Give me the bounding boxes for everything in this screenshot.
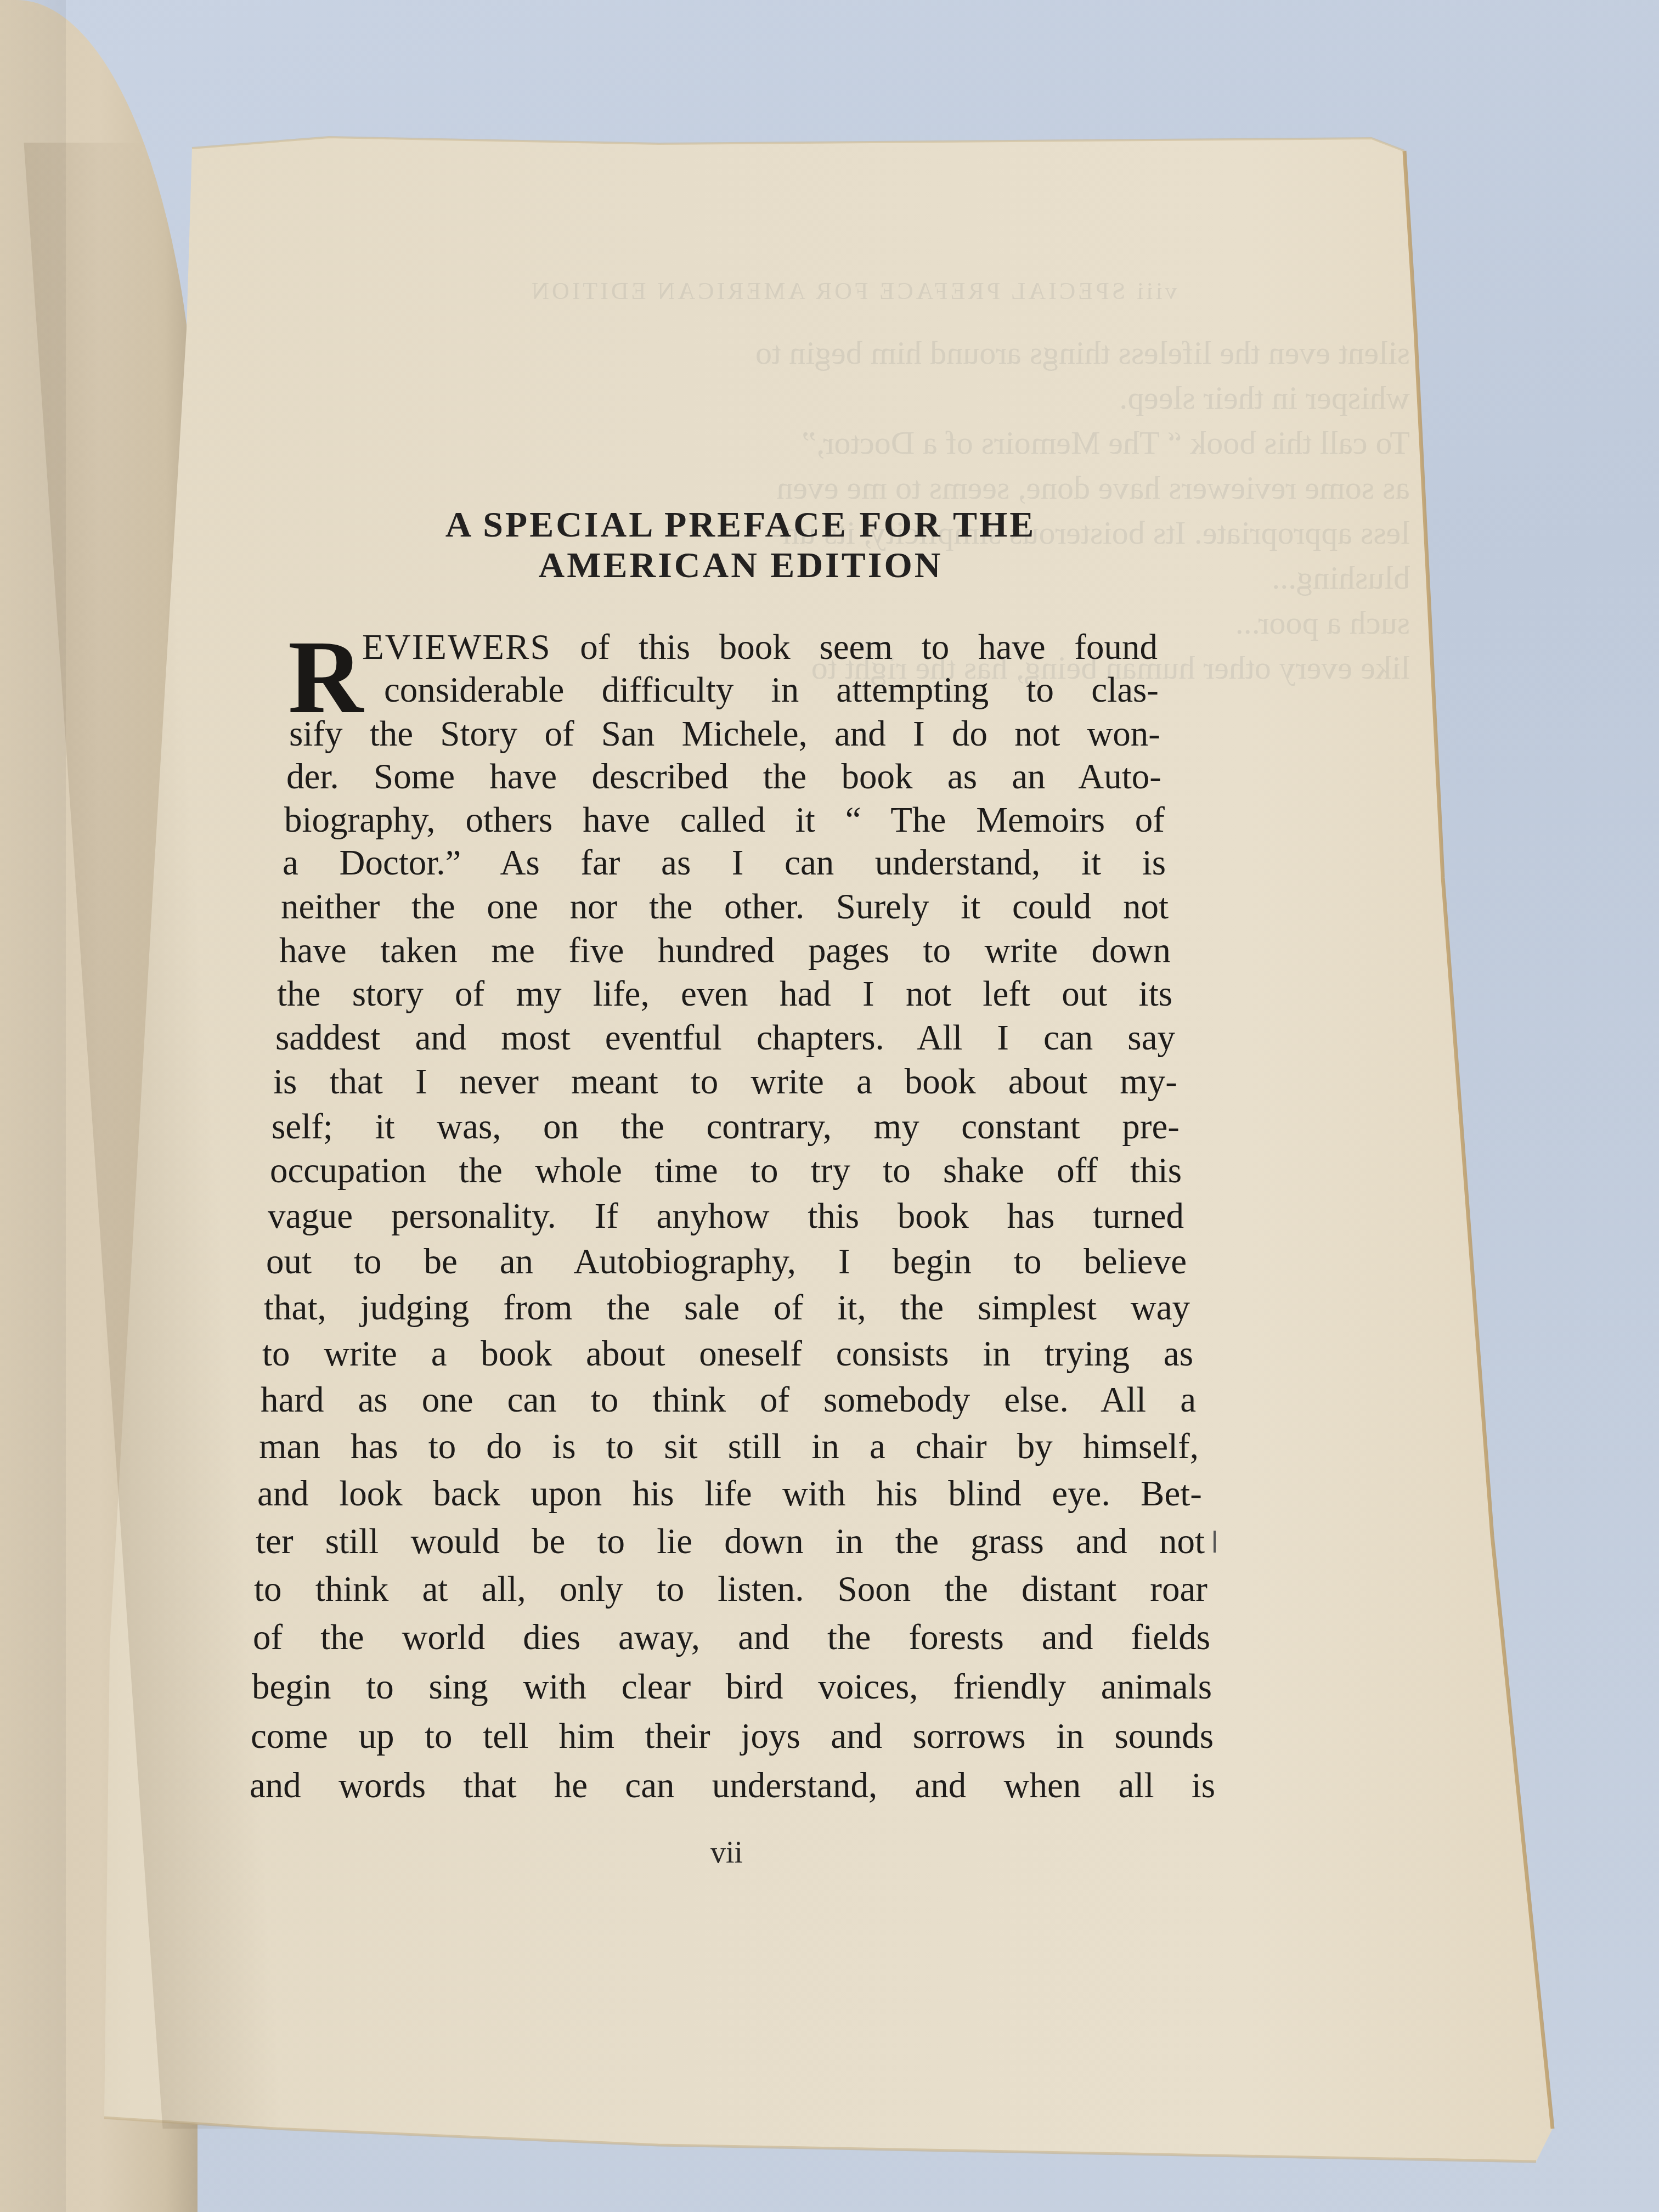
text-line: der. Some have described the book as an … (286, 755, 1161, 799)
text-line: that, judging from the sale of it, the s… (264, 1286, 1190, 1330)
text-line: have taken me five hundred pages to writ… (279, 929, 1171, 973)
text-line: is that I never meant to write a book ab… (273, 1060, 1177, 1104)
text-line: a Doctor.” As far as I can understand, i… (283, 841, 1166, 885)
text-line: and look back upon his life with his bli… (257, 1472, 1202, 1516)
text-line: occupation the whole time to try to shak… (270, 1149, 1182, 1193)
text-line: ter still would be to lie down in the gr… (256, 1520, 1205, 1564)
page-content: A SPECIAL PREFACE FOR THE AMERICAN EDITI… (0, 0, 1659, 2212)
text-line: hard as one can to think of somebody els… (261, 1378, 1196, 1422)
text-line: come up to tell him their joys and sorro… (251, 1714, 1214, 1758)
text-line: man has to do is to sit still in a chair… (259, 1425, 1199, 1469)
text-line: of the world dies away, and the forests … (253, 1616, 1210, 1660)
first-word: EVIEWERS (362, 628, 551, 667)
first-line-rest: of this book seem to have found (551, 628, 1158, 667)
text-line: to write a book about oneself consists i… (262, 1332, 1193, 1376)
margin-mark (1214, 1531, 1216, 1553)
chapter-title: A SPECIAL PREFACE FOR THE AMERICAN EDITI… (329, 505, 1152, 586)
page-number: vii (710, 1835, 743, 1870)
text-line-1: EVIEWERS of this book seem to have found (362, 625, 1158, 669)
text-line: neither the one nor the other. Surely it… (281, 885, 1169, 929)
text-line: biography, others have called it “ The M… (284, 798, 1165, 842)
text-line: sify the Story of San Michele, and I do … (289, 712, 1160, 756)
text-line: to think at all, only to listen. Soon th… (254, 1567, 1207, 1611)
text-line: saddest and most eventful chapters. All … (275, 1016, 1175, 1060)
title-line-1: A SPECIAL PREFACE FOR THE (329, 505, 1152, 545)
text-line: out to be an Autobiography, I begin to b… (266, 1240, 1187, 1284)
text-line: the story of my life, even had I not lef… (277, 972, 1172, 1016)
text-line: vague personality. If anyhow this book h… (268, 1194, 1184, 1238)
text-line: considerable difficulty in attempting to… (384, 668, 1159, 712)
text-line: self; it was, on the contrary, my consta… (272, 1105, 1180, 1149)
text-line: begin to sing with clear bird voices, fr… (252, 1665, 1212, 1709)
text-line: and words that he can understand, and wh… (250, 1764, 1215, 1808)
title-line-2: AMERICAN EDITION (329, 545, 1152, 586)
